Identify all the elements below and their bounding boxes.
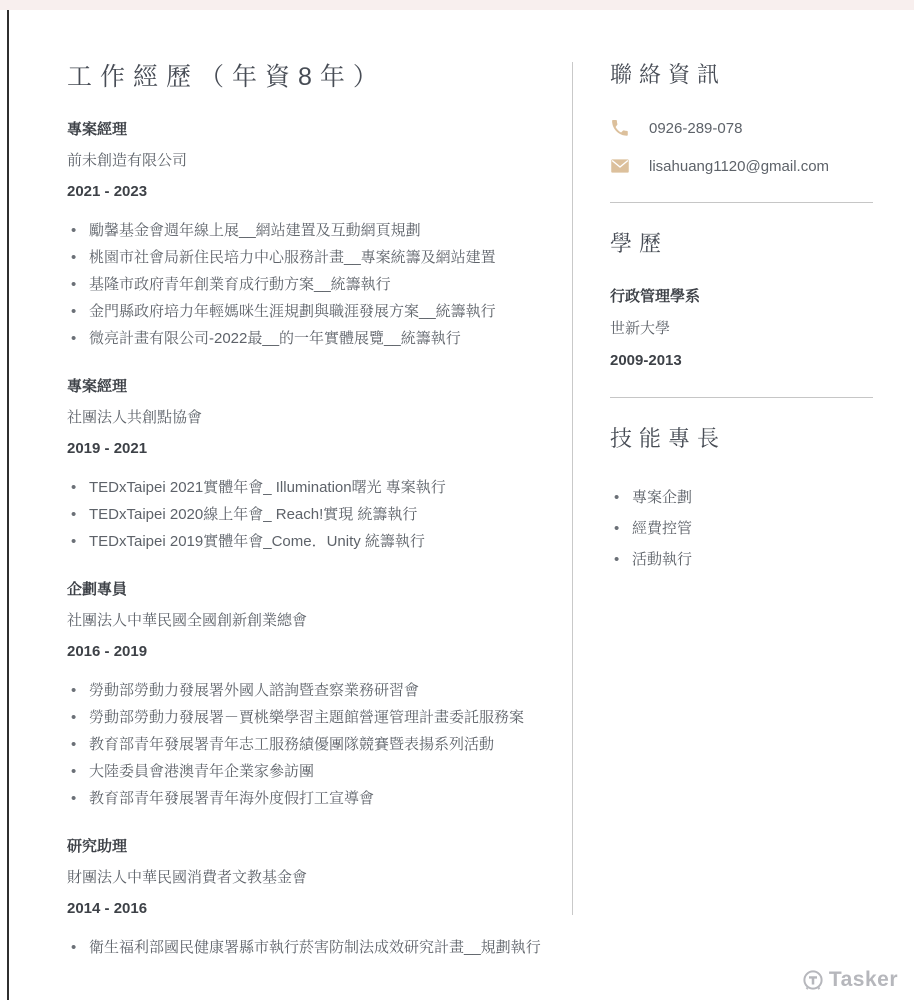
education-section-title: 學歷 — [610, 229, 873, 259]
job-period: 2019 - 2021 — [67, 439, 549, 459]
contact-section-title: 聯絡資訊 — [610, 60, 873, 90]
column-divider — [572, 62, 573, 915]
skill-list: 專案企劃 經費控管 活動執行 — [610, 482, 873, 575]
job-bullet: 勞動部勞動力發展署外國人諮詢暨查察業務研習會 — [67, 677, 549, 704]
phone-icon — [610, 118, 630, 138]
section-divider — [610, 397, 873, 398]
tasker-watermark: Tasker — [801, 968, 898, 992]
job-role: 企劃專員 — [67, 580, 549, 600]
job-period: 2016 - 2019 — [67, 642, 549, 662]
job-period: 2014 - 2016 — [67, 899, 549, 919]
skill-item: 經費控管 — [610, 513, 873, 544]
job-bullet-list: 衛生福利部國民健康署縣市執行菸害防制法成效研究計畫__規劃執行 — [67, 934, 549, 961]
contact-email-row: lisahuang1120@gmail.com — [610, 156, 873, 176]
job-bullet: 基隆市政府青年創業育成行動方案__統籌執行 — [67, 271, 549, 298]
education-period: 2009-2013 — [610, 351, 873, 371]
job-role: 專案經理 — [67, 377, 549, 397]
education-school: 世新大學 — [610, 319, 873, 339]
job-company: 社團法人共創點協會 — [67, 408, 549, 428]
job-bullet-list: TEDxTaipei 2021實體年會_ Illumination曙光 專案執行… — [67, 474, 549, 555]
job-bullet: 大陸委員會港澳青年企業家參訪團 — [67, 758, 549, 785]
section-divider — [610, 202, 873, 203]
job-company: 社團法人中華民國全國創新創業總會 — [67, 611, 549, 631]
job-company: 財團法人中華民國消費者文教基金會 — [67, 868, 549, 888]
job-entry-2: 專案經理 社團法人共創點協會 2019 - 2021 TEDxTaipei 20… — [67, 377, 549, 555]
job-role: 專案經理 — [67, 120, 549, 140]
job-bullet: 微亮計畫有限公司-2022最__的一年實體展覽__統籌執行 — [67, 325, 549, 352]
envelope-icon — [610, 156, 630, 176]
job-bullet: TEDxTaipei 2021實體年會_ Illumination曙光 專案執行 — [67, 474, 549, 501]
job-bullet: 勞動部勞動力發展署－賈桃樂學習主題館營運管理計畫委託服務案 — [67, 704, 549, 731]
work-experience-title: 工作經歷（年資8年） — [67, 60, 549, 94]
skill-item: 活動執行 — [610, 544, 873, 575]
skill-item: 專案企劃 — [610, 482, 873, 513]
contact-phone-row: 0926-289-078 — [610, 118, 873, 138]
job-entry-3: 企劃專員 社團法人中華民國全國創新創業總會 2016 - 2019 勞動部勞動力… — [67, 580, 549, 812]
job-bullet: 衛生福利部國民健康署縣市執行菸害防制法成效研究計畫__規劃執行 — [67, 934, 549, 961]
work-experience-section: 工作經歷（年資8年） 專案經理 前未創造有限公司 2021 - 2023 勵馨基… — [67, 60, 549, 986]
job-bullet-list: 勵馨基金會週年線上展__網站建置及互動網頁規劃 桃園市社會局新住民培力中心服務計… — [67, 217, 549, 352]
job-bullet: 教育部青年發展署青年海外度假打工宣導會 — [67, 785, 549, 812]
contact-phone-value: 0926-289-078 — [649, 120, 742, 137]
job-bullet: 教育部青年發展署青年志工服務績優團隊競賽暨表揚系列活動 — [67, 731, 549, 758]
skills-section: 技能專長 專案企劃 經費控管 活動執行 — [610, 424, 873, 575]
tasker-watermark-label: Tasker — [829, 968, 898, 992]
job-role: 研究助理 — [67, 837, 549, 857]
job-period: 2021 - 2023 — [67, 182, 549, 202]
job-bullet: TEDxTaipei 2019實體年會_Come．Unity 統籌執行 — [67, 528, 549, 555]
job-entry-1: 專案經理 前未創造有限公司 2021 - 2023 勵馨基金會週年線上展__網站… — [67, 120, 549, 352]
page-top-strip — [0, 0, 914, 10]
education-degree: 行政管理學系 — [610, 287, 873, 307]
job-entry-4: 研究助理 財團法人中華民國消費者文教基金會 2014 - 2016 衛生福利部國… — [67, 837, 549, 961]
job-bullet: TEDxTaipei 2020線上年會_ Reach!實現 統籌執行 — [67, 501, 549, 528]
contact-email-value: lisahuang1120@gmail.com — [649, 158, 829, 175]
job-bullet-list: 勞動部勞動力發展署外國人諮詢暨查察業務研習會 勞動部勞動力發展署－賈桃樂學習主題… — [67, 677, 549, 812]
education-section: 學歷 行政管理學系 世新大學 2009-2013 — [610, 229, 873, 371]
job-company: 前未創造有限公司 — [67, 151, 549, 171]
sidebar: 聯絡資訊 0926-289-078 lisahuang1120@gmail.co… — [610, 60, 873, 575]
page-left-border — [7, 10, 9, 1000]
tasker-logo-icon — [801, 968, 825, 992]
job-bullet: 勵馨基金會週年線上展__網站建置及互動網頁規劃 — [67, 217, 549, 244]
skills-section-title: 技能專長 — [610, 424, 873, 454]
job-bullet: 桃園市社會局新住民培力中心服務計畫__專案統籌及網站建置 — [67, 244, 549, 271]
job-bullet: 金門縣政府培力年輕媽咪生涯規劃與職涯發展方案__統籌執行 — [67, 298, 549, 325]
